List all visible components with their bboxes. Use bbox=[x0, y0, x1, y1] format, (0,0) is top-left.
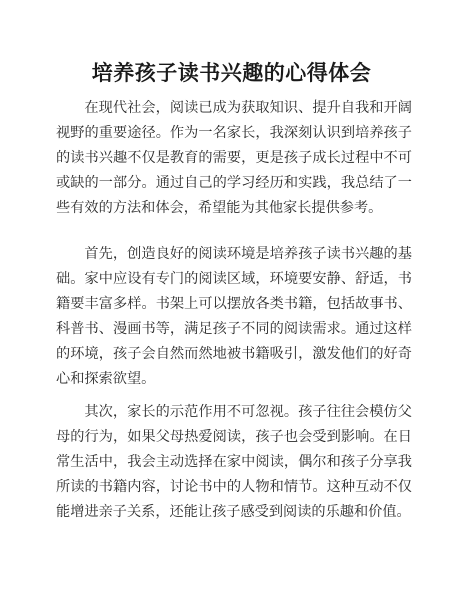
paragraph-text: 在现代社会，阅读已成为获取知识、提升自我和开阔视野的重要途径。作为一名家长，我深… bbox=[56, 96, 412, 221]
paragraph-parent-example: 其次，家长的示范作用不可忽视。孩子往往会模仿父母的行为，如果父母热爱阅读，孩子也… bbox=[56, 400, 412, 525]
document-page: 培养孩子读书兴趣的心得体会 在现代社会，阅读已成为获取知识、提升自我和开阔视野的… bbox=[0, 0, 463, 600]
paragraph-intro: 在现代社会，阅读已成为获取知识、提升自我和开阔视野的重要途径。作为一名家长，我深… bbox=[56, 96, 412, 221]
paragraph-text: 首先，创造良好的阅读环境是培养孩子读书兴趣的基础。家中应设有专门的阅读区域，环境… bbox=[56, 242, 412, 392]
paragraph-text: 其次，家长的示范作用不可忽视。孩子往往会模仿父母的行为，如果父母热爱阅读，孩子也… bbox=[56, 400, 412, 525]
paragraph-environment: 首先，创造良好的阅读环境是培养孩子读书兴趣的基础。家中应设有专门的阅读区域，环境… bbox=[56, 242, 412, 392]
document-title: 培养孩子读书兴趣的心得体会 bbox=[0, 58, 463, 88]
